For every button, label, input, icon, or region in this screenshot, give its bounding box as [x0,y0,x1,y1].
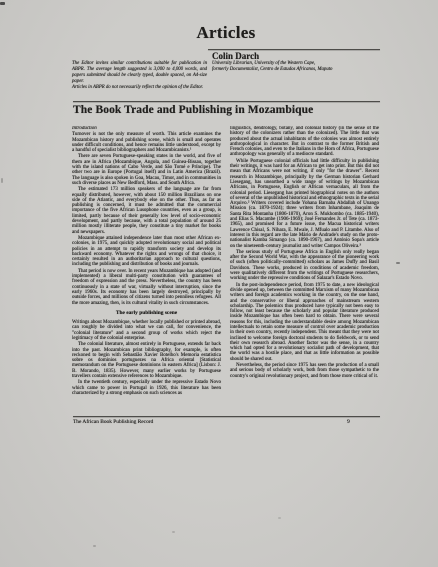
article-body: Introduction Turnover is not the only me… [72,126,380,414]
paragraph: In the twentieth century, especially und… [72,380,221,396]
editor-note-paragraph: Articles in ABPR do not necessarily refl… [72,85,207,91]
intro-heading: Introduction [72,126,221,131]
paragraph: That period is now over. In recent years… [72,269,221,306]
paragraph: In the post-independence period, from 19… [230,283,379,362]
footer-journal-title: The African Book Publishing Record [73,419,153,425]
scan-speck [396,262,400,264]
scan-speck [1,178,3,183]
paragraph: Writings about Mozambique, whether local… [72,320,221,341]
scan-speck [0,2,5,5]
left-column: Introduction Turnover is not the only me… [72,126,221,414]
article-title: The Book Trade and Publishing in Mozambi… [73,104,381,116]
scanned-journal-page: Articles The Editor invites similar cont… [0,0,438,567]
scan-speck [278,517,281,519]
byline: Colin Darch University Librarian, Univer… [212,52,382,73]
paragraph: Nevertheless, the period since 1975 has … [230,363,379,379]
paragraph: There are seven Portuguese-speaking stat… [72,154,221,186]
footer-divider [73,416,380,417]
paragraph: The colonial literature, almost entirely… [72,342,221,379]
scan-speck [172,531,175,533]
paragraph: Mozambique attained independence later t… [72,236,221,268]
paragraph: Turnover is not the only measure of wort… [72,132,221,153]
scan-speck [93,545,96,547]
paragraph: The serious study of Portuguese Africa i… [230,250,379,282]
section-title: Articles [72,23,380,43]
footer-page-number: 9 [347,419,350,425]
paragraph: While Portuguese colonial officials had … [230,159,379,249]
author-affiliation: formerly Documentalist, Centro de Estudo… [212,67,382,73]
section-heading: The early publishing scene [72,311,221,316]
paragraph: linguistics, dendrology, botany, and col… [230,126,379,158]
author-name: Colin Darch [212,52,382,61]
editor-note: The Editor invites similar contributions… [72,61,207,91]
editor-note-paragraph: The Editor invites similar contributions… [72,61,207,85]
header-divider [73,101,380,102]
paragraph: The estimated 173 million speakers of th… [72,187,221,235]
right-column: linguistics, dendrology, botany, and col… [230,126,379,414]
